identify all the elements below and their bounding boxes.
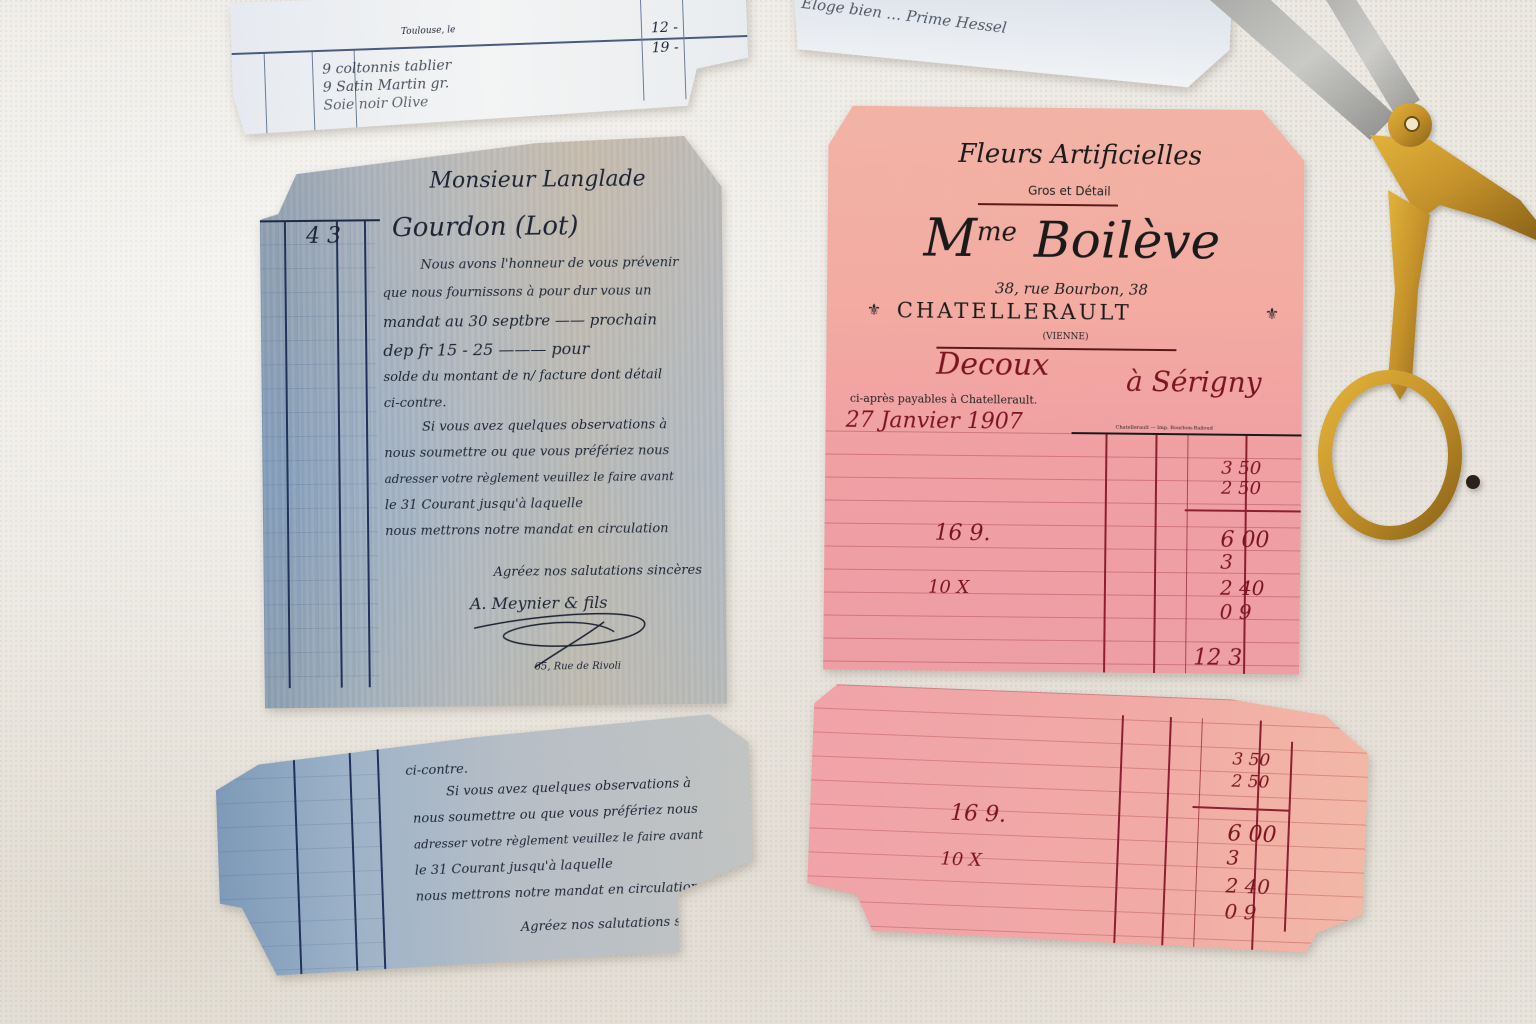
red-invoice-tag: 16 9. 10 X 3 50 2 50 6 00 3 2 40 0 9	[805, 683, 1370, 954]
amount: 3	[1220, 550, 1233, 574]
ledger-row: Soie noir Olive	[323, 94, 428, 114]
top-right-letter-card: Eloge bien … Prime Hessel	[788, 0, 1232, 89]
entry: 16 9.	[950, 801, 1007, 828]
letter-line: nous mettrons notre mandat en circulatio…	[385, 522, 669, 538]
letter-line: ci-contre.	[405, 763, 468, 778]
footer-address: 65, Rue de Rivoli	[535, 661, 622, 673]
blue-letter-tag: ci-contre. Si vous avez quelques observa…	[214, 713, 767, 978]
entry: 10 X	[940, 848, 982, 871]
merchant-region: (VIENNE)	[1043, 332, 1089, 342]
letter-line: Nous avons l'honneur de vous prévenir	[420, 256, 678, 272]
invoice-date: 27 Janvier 1907	[846, 408, 1023, 435]
ledger-row: 9 Satin Martin gr.	[323, 75, 450, 95]
merchant-name: Mme Boilève	[923, 209, 1220, 272]
fleur-ornament-left: ⚜	[867, 300, 882, 319]
closing: Agréez nos salutations sincères	[521, 914, 730, 934]
letter-line: dep fr 15 - 25 ——— pour	[383, 341, 589, 359]
scissor-blades	[1210, 0, 1420, 140]
ledger-number: 4 3	[306, 224, 341, 249]
column-line	[640, 0, 645, 101]
letter-line: le 31 Courant jusqu'à laquelle	[385, 497, 583, 512]
amount: 2 40	[1225, 873, 1270, 899]
closing: Agréez nos salutations sincères	[494, 564, 702, 579]
name-superscript: me	[977, 217, 1017, 247]
letter-line: nous mettrons notre mandat en circulatio…	[416, 881, 700, 904]
payment-terms: ci-après payables à Chatellerault.	[850, 392, 1038, 407]
total-amount: 12 3	[1193, 645, 1242, 671]
customer-name: Decoux	[936, 347, 1049, 383]
letter-body: Nous avons l'honneur de vous prévenir qu…	[259, 136, 721, 141]
letter-line: nous soumettre ou que vous préfériez nou…	[384, 444, 669, 460]
merchant-address: 38, rue Bourbon, 38	[995, 279, 1148, 299]
city: Gourdon (Lot)	[392, 211, 579, 243]
letter-line: le 31 Courant jusqu'à laquelle	[415, 858, 613, 878]
letter-line: Si vous avez quelques observations à	[446, 777, 691, 799]
merchant-city: CHATELLERAULT	[897, 298, 1132, 324]
ledger-header: Toulouse, le	[401, 25, 456, 37]
brass-scissors	[1190, 0, 1536, 550]
column-line	[312, 52, 316, 132]
letter-line: ci-contre.	[384, 396, 447, 410]
ledger-amount: 12 -	[651, 19, 679, 36]
letter-line: mandat au 30 septbre —— prochain	[383, 312, 657, 330]
entry: 10 X	[928, 577, 970, 598]
name-prefix: M	[923, 209, 977, 270]
invoice-subtitle: Gros et Détail	[1028, 184, 1111, 199]
ledger-grid	[260, 219, 380, 678]
ledger-amount: 19 -	[651, 39, 679, 56]
amount: 2 40	[1220, 576, 1265, 600]
top-left-ledger-card: Toulouse, le 9 coltonnis tablier 9 Satin…	[230, 0, 750, 135]
invoice-title: Fleurs Artificielles	[958, 139, 1202, 172]
amount: 0 9	[1224, 899, 1257, 924]
letter-line: adresser votre règlement veuillez le fai…	[385, 470, 674, 485]
letter-line: Si vous avez quelques observations à	[422, 418, 667, 434]
amount: 0 9	[1220, 600, 1252, 624]
addressee: Monsieur Langlade	[429, 166, 645, 193]
amount: 6 00	[1227, 821, 1277, 848]
scissor-handles	[1325, 103, 1536, 533]
letter-line: solde du montant de n/ facture dont déta…	[383, 368, 662, 384]
letter-line: que nous fournissons à pour dur vous un	[383, 284, 652, 300]
handwritten-line: Eloge bien … Prime Hessel	[800, 0, 1007, 37]
amount: 3	[1226, 845, 1240, 869]
letter-line: adresser votre règlement veuillez le fai…	[414, 829, 704, 851]
letter-line: nous soumettre ou que vous préfériez nou…	[413, 803, 698, 826]
column-line	[264, 54, 268, 134]
column-line	[682, 0, 687, 99]
blue-letter-card: 4 3 Monsieur Langlade Gourdon (Lot) Nous…	[259, 136, 727, 709]
ledger-row: 9 coltonnis tablier	[322, 57, 452, 77]
entry: 16 9.	[934, 521, 990, 547]
ornament-rule	[978, 203, 1118, 206]
amount: 2 50	[1231, 771, 1270, 792]
amount: 3 50	[1232, 750, 1271, 771]
